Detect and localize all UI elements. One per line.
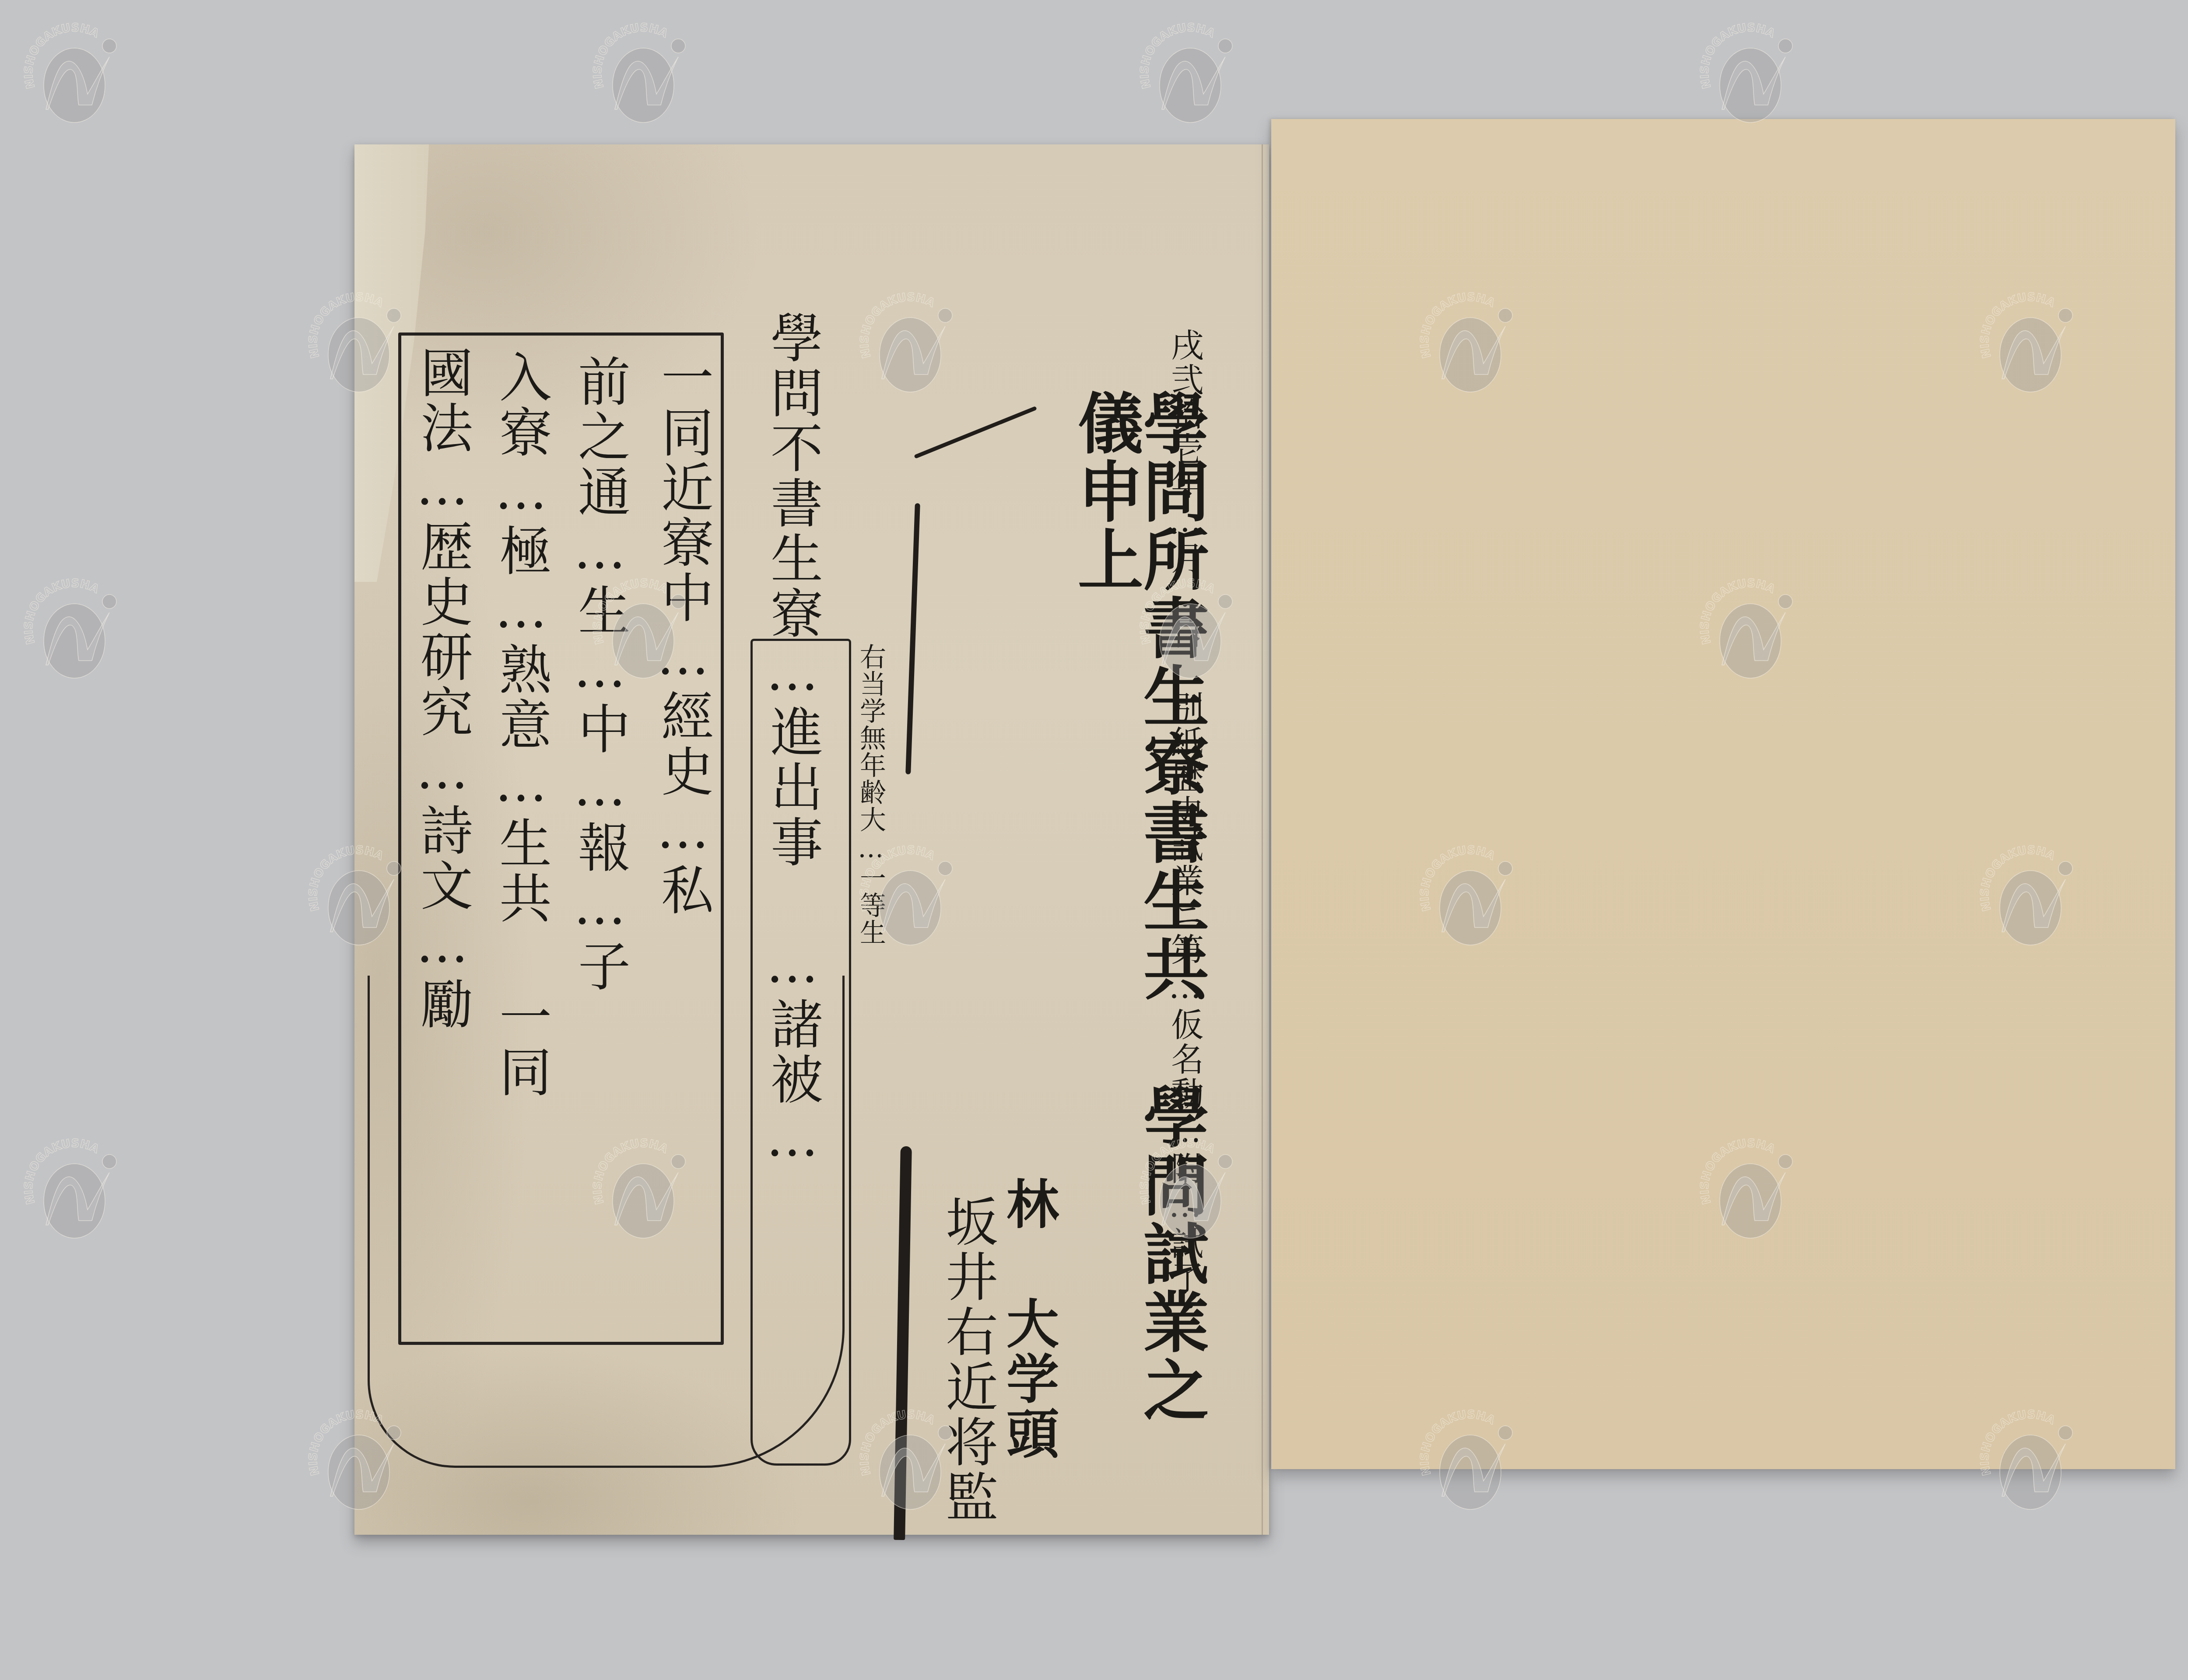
- n-circle-logo-icon: [22, 577, 127, 682]
- bracket-mark-top: [914, 406, 1037, 459]
- n-circle-logo-icon: [22, 1137, 127, 1242]
- n-circle-logo-icon: [1698, 22, 1803, 127]
- signatory-hayashi: 林 大学頭: [1002, 1177, 1055, 1527]
- boxed-column-4: 國法…歴史研究…詩文…勵: [416, 346, 468, 1330]
- n-circle-logo-icon: [591, 22, 696, 127]
- annotation-column: 右当学無年齢大…一等生: [858, 643, 884, 1168]
- n-circle-logo-icon: [22, 22, 127, 127]
- boxed-column-2: 前之通…生…中…報…子: [573, 354, 626, 1339]
- page-gutter: [1262, 144, 1263, 1535]
- boxed-column-1: 一同近寮中…經史…私: [656, 350, 709, 1334]
- signatory-sakai: 坂井右近将監: [941, 1194, 993, 1588]
- n-circle-logo-icon: [1138, 22, 1243, 127]
- right-page-blank: [1271, 119, 2175, 1469]
- bracket-mark: [905, 503, 920, 774]
- boxed-column-3: 入寮…極…熟意…生共 一同: [494, 350, 547, 1334]
- heading-column-1: 學問所書生寮書生共 學問試業之儀申上: [1072, 389, 1203, 1483]
- ink-stroke: [894, 1146, 912, 1540]
- left-page: 戌弐拾壱年…月…日 別紙歴史試業ニ第…仮名動…附…試了 學問所書生寮書生共 學問…: [354, 144, 1269, 1535]
